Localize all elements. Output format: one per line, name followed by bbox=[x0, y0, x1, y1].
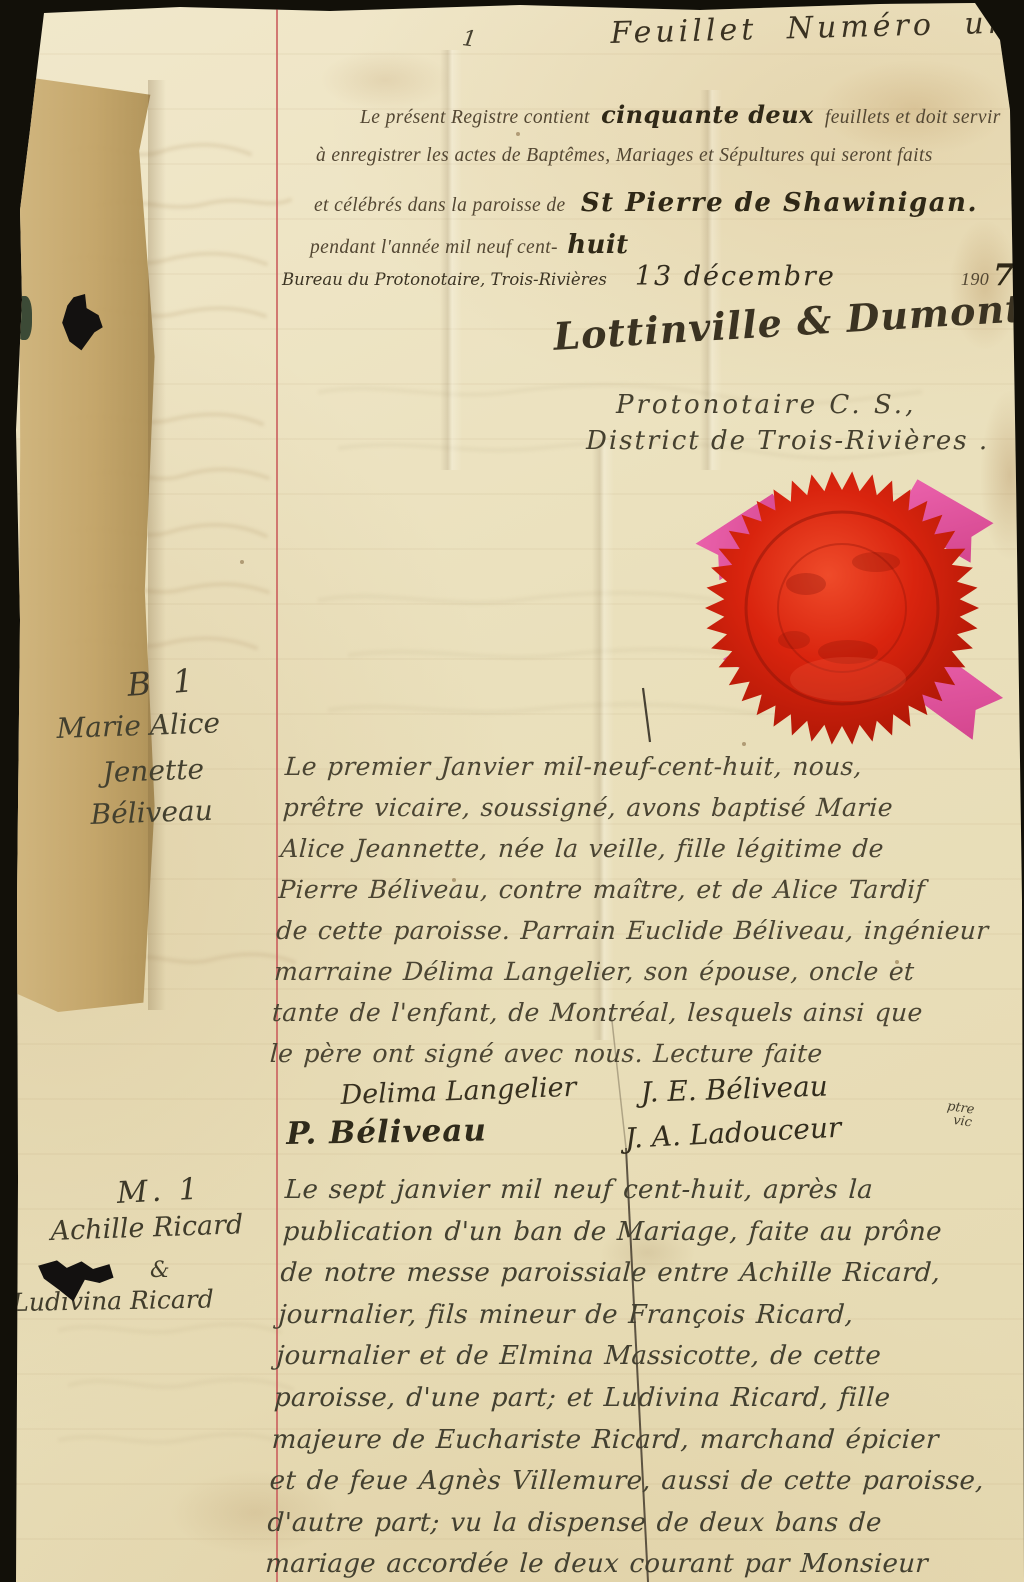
entry-b1-line: Alice Jeannette, née la veille, fille lé… bbox=[280, 828, 1008, 869]
entry-m1-margin-ampersand: & bbox=[150, 1258, 170, 1283]
entry-b1-line: le père ont signé avec nous. Lecture fai… bbox=[269, 1033, 997, 1074]
witness-signature-p-beliveau: P. Béliveau bbox=[286, 1112, 487, 1151]
entry-m1-margin-number: M. 1 bbox=[116, 1172, 203, 1211]
bureau-line: Bureau du Protonotaire, Trois-Rivières 1… bbox=[282, 258, 1014, 293]
entry-m1-line: d'autre part; vu la dispense de deux ban… bbox=[266, 1503, 998, 1545]
preamble-line-2: à enregistrer les actes de Baptêmes, Mar… bbox=[316, 145, 933, 167]
bureau-office-text: Bureau du Protonotaire, Trois-Rivières bbox=[282, 270, 607, 289]
entry-b1-line: Pierre Béliveau, contre maître, et de Al… bbox=[277, 869, 1005, 910]
entry-b1-line: prêtre vicaire, soussigné, avons baptisé… bbox=[282, 787, 1010, 828]
entry-m1-line: publication d'un ban de Mariage, faite a… bbox=[282, 1212, 1014, 1254]
entry-m1-line: paroisse, d'une part; et Ludivina Ricard… bbox=[273, 1378, 1005, 1420]
preamble-line-4: pendant l'année mil neuf cent- huit bbox=[310, 230, 629, 260]
preamble-line-3: et célébrés dans la paroisse de St Pierr… bbox=[314, 188, 978, 218]
preamble-line-4-printed: pendant l'année mil neuf cent- bbox=[310, 237, 558, 258]
entry-m1-margin-bride: Ludivina Ricard bbox=[12, 1284, 214, 1317]
preamble-line-3-printed: et célébrés dans la paroisse de bbox=[314, 195, 566, 216]
folio-count-fill: cinquante deux bbox=[601, 100, 814, 129]
year-word-fill: huit bbox=[567, 230, 628, 260]
entry-b1-line: tante de l'enfant, de Montréal, lesquels… bbox=[271, 992, 999, 1033]
entry-b1-body: Le premier Janvier mil-neuf-cent-huit, n… bbox=[269, 746, 1012, 1074]
binding-residue bbox=[18, 116, 28, 134]
document-page: 1 Feuillet Numéro un. Le présent Registr… bbox=[0, 0, 1024, 1582]
witness-signature-je-beliveau: J. E. Béliveau bbox=[640, 1069, 828, 1109]
attestation-date: 13 décembre bbox=[635, 261, 836, 292]
scan-background: 1 Feuillet Numéro un. Le présent Registr… bbox=[0, 0, 1024, 1582]
entry-b1-line: marraine Délima Langelier, son épouse, o… bbox=[273, 951, 1001, 992]
entry-m1-line: journalier et de Elmina Massicotte, de c… bbox=[275, 1336, 1007, 1378]
entry-m1-line: mariage accordée le deux courant par Mon… bbox=[264, 1544, 996, 1582]
entry-b1-margin-name-1: Marie Alice bbox=[56, 706, 221, 745]
entry-b1-line: de cette paroisse. Parrain Euclide Béliv… bbox=[275, 910, 1003, 951]
parish-name-fill: St Pierre de Shawinigan. bbox=[581, 188, 978, 218]
protonotary-title: Protonotaire C. S., bbox=[616, 390, 916, 420]
preamble-line-1-printed-end: feuillets et doit servir bbox=[825, 107, 1001, 128]
entry-m1-line: journalier, fils mineur de François Rica… bbox=[277, 1295, 1009, 1337]
entry-b1-line: Le premier Janvier mil-neuf-cent-huit, n… bbox=[284, 746, 1012, 787]
entry-b1-margin-name-3: Béliveau bbox=[90, 794, 213, 831]
preamble-line-1-printed: Le présent Registre contient bbox=[360, 107, 590, 128]
priest-title-superscript: ptre vic bbox=[944, 1100, 975, 1130]
protonotary-district: District de Trois-Rivières . bbox=[586, 426, 989, 456]
entry-b1-margin-number: B 1 bbox=[126, 661, 201, 704]
red-wax-seal bbox=[698, 464, 986, 752]
entry-b1-margin-name-2: Jenette bbox=[102, 752, 205, 789]
priest-title-vic: vic bbox=[952, 1114, 973, 1130]
preamble-line-1: Le présent Registre contient cinquante d… bbox=[360, 100, 1001, 129]
wax-seal-group bbox=[690, 460, 994, 764]
entry-m1-line: Le sept janvier mil neuf cent-huit, aprè… bbox=[284, 1170, 1016, 1212]
entry-m1-line: et de feue Agnès Villemure, aussi de cet… bbox=[269, 1461, 1001, 1503]
entry-m1-line: majeure de Euchariste Ricard, marchand é… bbox=[271, 1420, 1003, 1462]
entry-m1-line: de notre messe paroissiale entre Achille… bbox=[279, 1253, 1011, 1295]
entry-m1-body: Le sept janvier mil neuf cent-huit, aprè… bbox=[264, 1170, 1016, 1582]
